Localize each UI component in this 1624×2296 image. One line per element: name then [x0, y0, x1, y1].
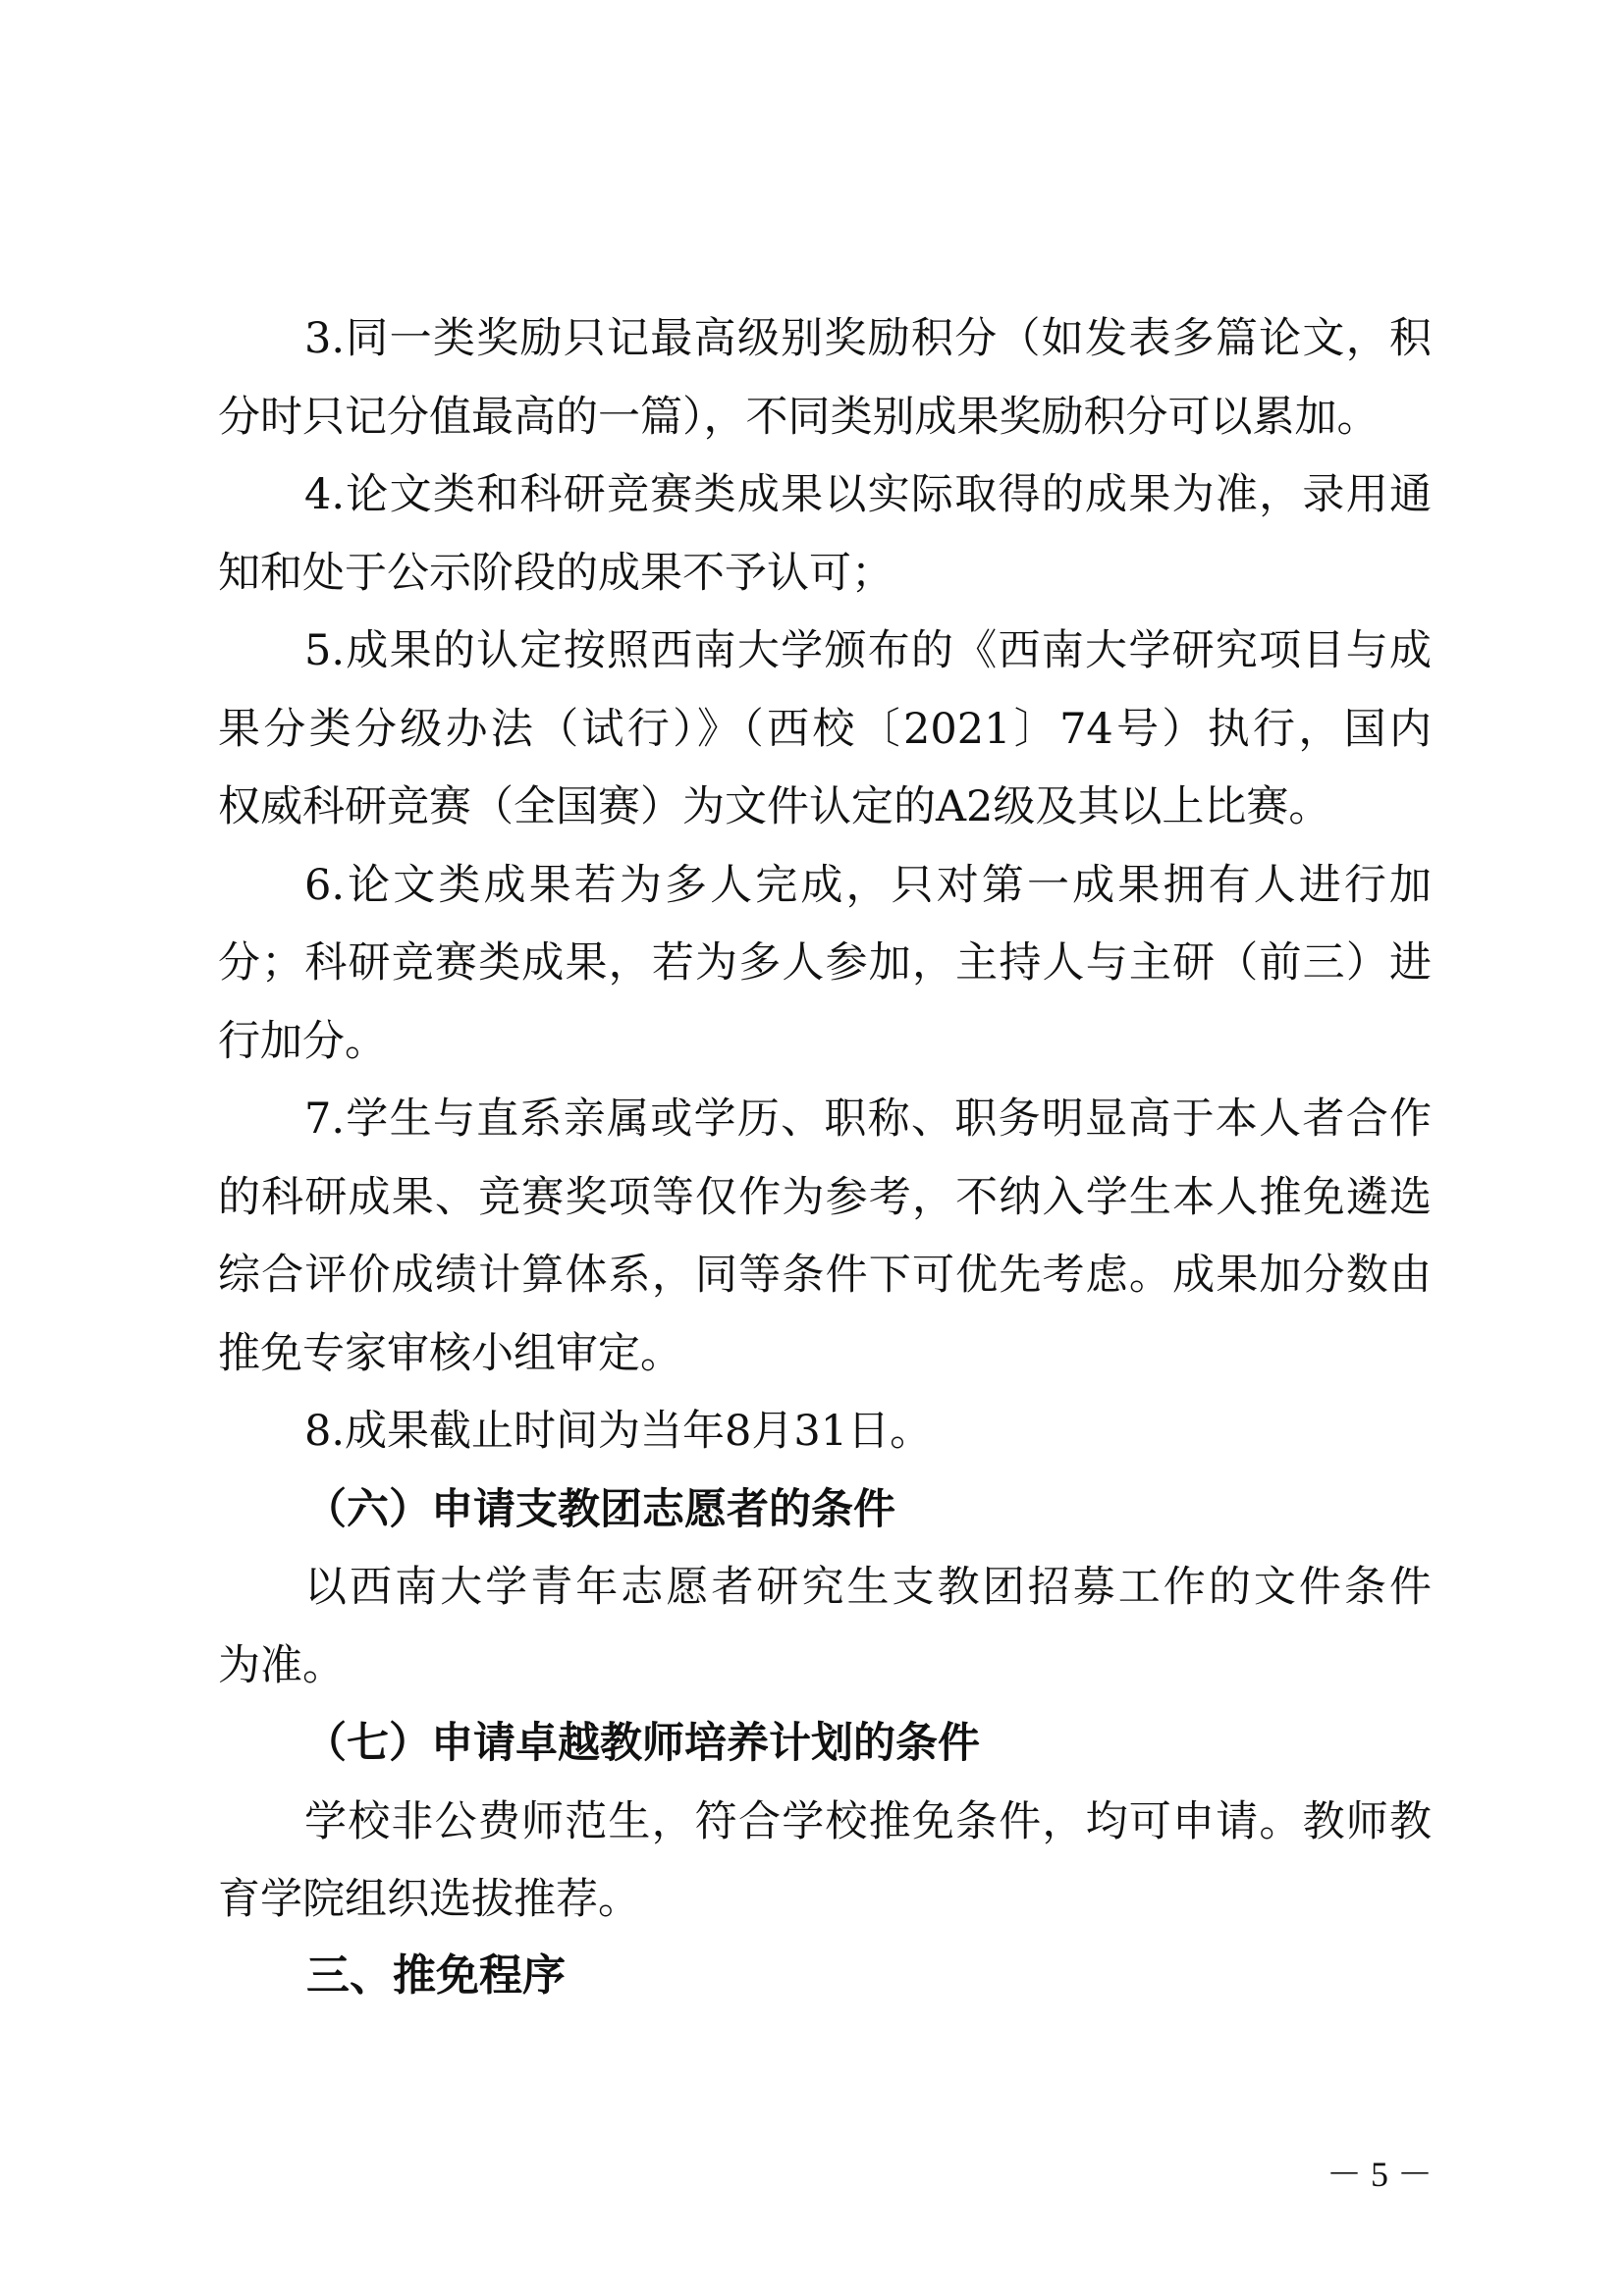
paragraph-7-line-2: 的科研成果、竞赛奖项等仅作为参考，不纳入学生本人推免遴选 [218, 1158, 1432, 1237]
section-heading-procedure: 三、推免程序 [306, 1937, 566, 2015]
paragraph-7-line-4: 推免专家审核小组审定。 [218, 1314, 1432, 1393]
volunteer-paragraph-line-1: 以西南大学青年志愿者研究生支教团招募工作的文件条件 [304, 1548, 1432, 1627]
volunteer-paragraph-line-2: 为准。 [218, 1627, 1432, 1705]
page-number: － 5 － [1316, 2150, 1443, 2199]
paragraph-8-line-1: 8.成果截止时间为当年8月31日。 [304, 1392, 1432, 1470]
paragraph-4-line-1: 4.论文类和科研竞赛类成果以实际取得的成果为准，录用通 [304, 455, 1432, 534]
paragraph-7-line-1: 7.学生与直系亲属或学历、职称、职务明显高于本人者合作 [304, 1080, 1432, 1158]
paragraph-5-line-3: 权威科研竞赛（全国赛）为文件认定的A2级及其以上比赛。 [218, 768, 1432, 846]
teacher-paragraph-line-2: 育学院组织选拔推荐。 [218, 1860, 1432, 1939]
subheading-volunteer-conditions: （六）申请支教团志愿者的条件 [304, 1470, 895, 1549]
paragraph-5-line-2: 果分类分级办法（试行）》（西校〔2021〕74号）执行，国内 [218, 690, 1432, 769]
paragraph-6-line-2: 分；科研竞赛类成果，若为多人参加，主持人与主研（前三）进 [218, 924, 1432, 1002]
paragraph-3-line-2: 分时只记分值最高的一篇），不同类别成果奖励积分可以累加。 [218, 378, 1432, 456]
paragraph-6-line-3: 行加分。 [218, 1002, 1432, 1081]
paragraph-4-line-2: 知和处于公示阶段的成果不予认可； [218, 534, 1432, 613]
paragraph-6-line-1: 6.论文类成果若为多人完成，只对第一成果拥有人进行加 [304, 846, 1432, 925]
paragraph-7-line-3: 综合评价成绩计算体系，同等条件下可优先考虑。成果加分数由 [218, 1236, 1432, 1314]
paragraph-3-line-1: 3.同一类奖励只记最高级别奖励积分（如发表多篇论文，积 [304, 299, 1432, 378]
paragraph-5-line-1: 5.成果的认定按照西南大学颁布的《西南大学研究项目与成 [304, 612, 1432, 690]
teacher-paragraph-line-1: 学校非公费师范生，符合学校推免条件，均可申请。教师教 [304, 1783, 1432, 1861]
document-page: 3.同一类奖励只记最高级别奖励积分（如发表多篇论文，积 分时只记分值最高的一篇）… [0, 0, 1624, 2296]
subheading-excellent-teacher-conditions: （七）申请卓越教师培养计划的条件 [304, 1704, 980, 1783]
